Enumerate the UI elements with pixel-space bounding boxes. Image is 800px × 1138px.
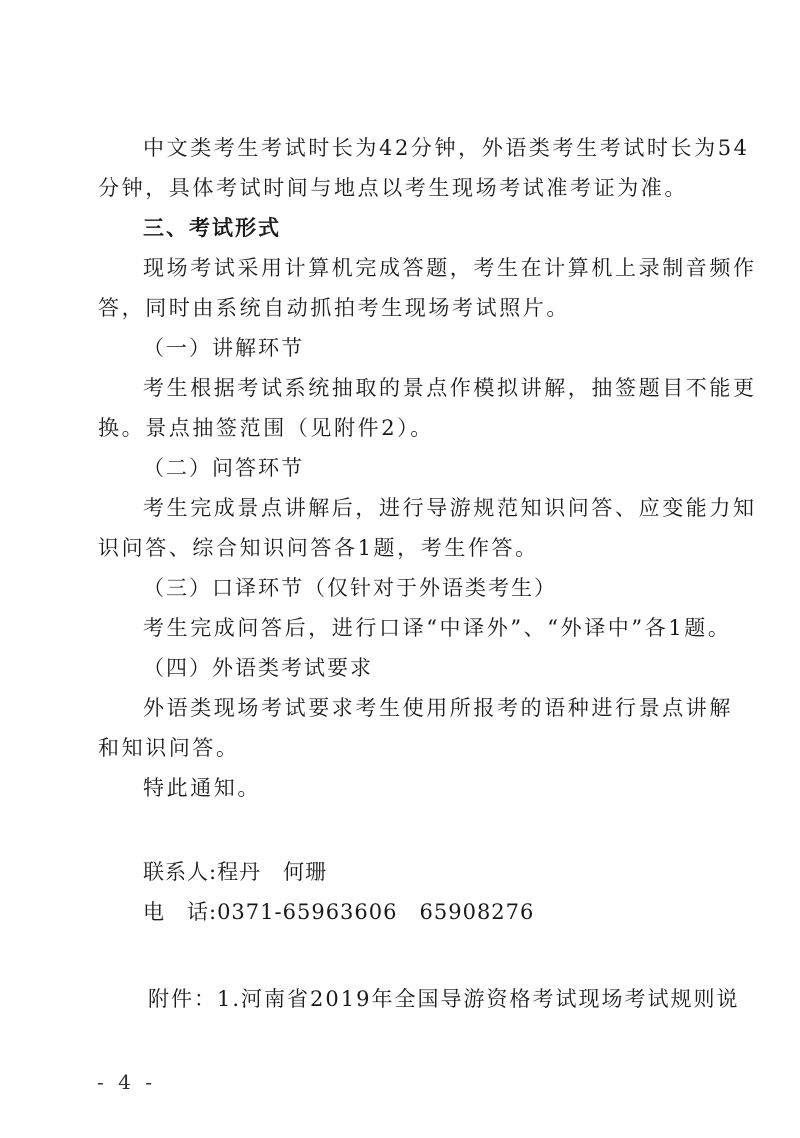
- closing-notice: 特此通知。: [143, 774, 768, 802]
- paragraph-duration-line-1: 中文类考生考试时长为42分钟，外语类考生考试时长为54: [143, 134, 768, 162]
- contact-people: 联系人:程丹 何珊: [143, 858, 768, 886]
- paragraph-interpretation-line-1: 考生完成问答后，进行口译“中译外”、“外译中”各1题。: [143, 614, 768, 642]
- document-page: 中文类考生考试时长为42分钟，外语类考生考试时长为54 分钟，具体考试时间与地点…: [0, 0, 800, 1138]
- paragraph-qa-line-2: 识问答、综合知识问答各1题，考生作答。: [98, 534, 723, 562]
- paragraph-format-line-1: 现场考试采用计算机完成答题，考生在计算机上录制音频作: [143, 254, 768, 282]
- subheading-interpretation: （三）口译环节（仅针对于外语类考生）: [143, 574, 768, 602]
- paragraph-foreign-language-line-2: 和知识问答。: [98, 734, 723, 762]
- paragraph-foreign-language-line-1: 外语类现场考试要求考生使用所报考的语种进行景点讲解: [143, 694, 768, 722]
- section-heading-exam-format: 三、考试形式: [143, 214, 768, 242]
- paragraph-format-line-2: 答，同时由系统自动抓拍考生现场考试照片。: [98, 294, 723, 322]
- attachment-line: 附件：1.河南省2019年全国导游资格考试现场考试规则说: [148, 985, 773, 1013]
- subheading-foreign-language: （四）外语类考试要求: [143, 654, 768, 682]
- paragraph-duration-line-2: 分钟，具体考试时间与地点以考生现场考试准考证为准。: [98, 174, 723, 202]
- paragraph-explanation-line-2: 换。景点抽签范围（见附件2）。: [98, 414, 723, 442]
- subheading-explanation: （一）讲解环节: [143, 334, 768, 362]
- page-number: - 4 -: [97, 1068, 156, 1096]
- paragraph-qa-line-1: 考生完成景点讲解后，进行导游规范知识问答、应变能力知: [143, 494, 768, 522]
- paragraph-explanation-line-1: 考生根据考试系统抽取的景点作模拟讲解，抽签题目不能更: [143, 374, 768, 402]
- contact-phone: 电 话:0371-65963606 65908276: [143, 898, 768, 926]
- subheading-qa: （二）问答环节: [143, 454, 768, 482]
